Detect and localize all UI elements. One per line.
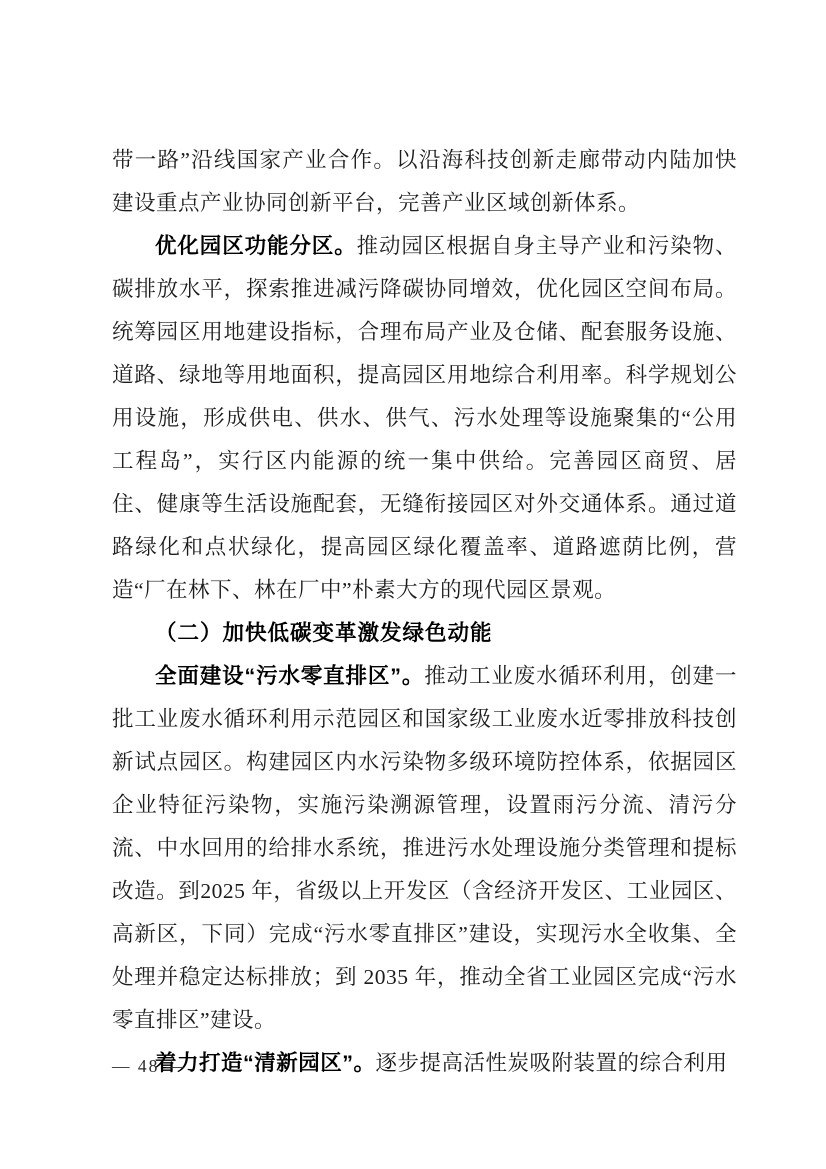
paragraph-text: 推动工业废水循环利用，创建一批工业废水循环利用示范园区和国家级工业废水近零排放科… <box>112 664 737 1032</box>
document-page: 带一路”沿线国家产业合作。以沿海科技创新走廊带动内陆加快建设重点产业协同创新平台… <box>0 0 826 1169</box>
page-number: — 48 — <box>112 1052 185 1080</box>
paragraph-text: 带一路”沿线国家产业合作。以沿海科技创新走廊带动内陆加快建设重点产业协同创新平台… <box>112 148 737 215</box>
paragraph-text: （二）加快低碳变革激发绿色动能 <box>155 621 493 645</box>
paragraph-lead: 着力打造“清新园区”。 <box>155 1051 376 1075</box>
paragraph: 全面建设“污水零直排区”。推动工业废水循环利用，创建一批工业废水循环利用示范园区… <box>112 655 737 1042</box>
paragraph-text: 逐步提高活性炭吸附装置的综合利用 <box>376 1051 728 1075</box>
paragraph-lead: 优化园区功能分区。 <box>155 234 357 258</box>
paragraph: 带一路”沿线国家产业合作。以沿海科技创新走廊带动内陆加快建设重点产业协同创新平台… <box>112 139 737 225</box>
paragraph-text: 推动园区根据自身主导产业和污染物、碳排放水平，探索推进减污降碳协同增效，优化园区… <box>112 234 737 602</box>
paragraph: 优化园区功能分区。推动园区根据自身主导产业和污染物、碳排放水平，探索推进减污降碳… <box>112 225 737 612</box>
section-heading: （二）加快低碳变革激发绿色动能 <box>112 612 737 655</box>
paragraph: 着力打造“清新园区”。逐步提高活性炭吸附装置的综合利用 <box>112 1042 737 1085</box>
paragraph-lead: 全面建设“污水零直排区”。 <box>155 664 424 688</box>
document-body: 带一路”沿线国家产业合作。以沿海科技创新走廊带动内陆加快建设重点产业协同创新平台… <box>112 139 737 1085</box>
